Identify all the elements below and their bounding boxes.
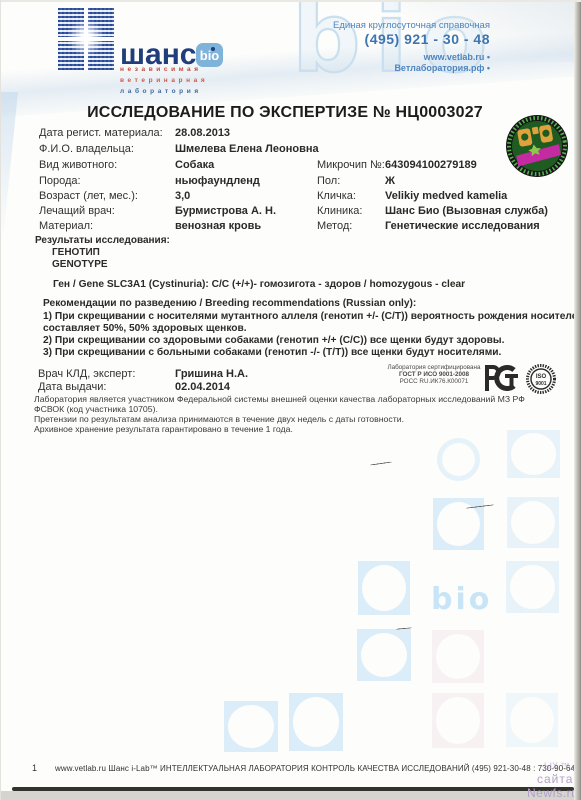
bio-stamp-watermark: bio [431,582,492,617]
field-value: ньюфаундленд [175,175,260,187]
field-value: Шмелева Елена Леоновна [175,143,319,155]
field-label: Пол: [317,175,340,187]
scanned-lab-report-page: bio шанс bio независимая ветеринарная ла… [0,0,581,800]
recommendation-line: составляет 50%, 50% здоровых щенков. [43,323,247,334]
stamp-watermark [506,561,559,613]
fine-print-line: Лаборатория является участником Федераль… [34,394,525,404]
field-value: Шанс Био (Вызовная служба) [385,205,548,217]
rst-certification-icon [483,363,519,398]
scan-left-edge [0,0,1,800]
field-label: Клиника: [317,205,362,217]
logo-mosaic-icon [58,8,114,70]
logo-bio-badge: bio [196,43,223,67]
stamp-watermark [432,630,484,683]
fine-print-line: Архивное хранение результата гарантирова… [34,424,293,434]
certification-text: Лаборатория сертифицирована ГОСТ Р ИСО 9… [385,365,483,386]
page-number: 1 [32,763,37,773]
svg-text:ISO: ISO [536,374,547,380]
website-url: www.vetlab.ru • [424,52,490,62]
hotline-phone: (495) 921 - 30 - 48 [365,31,490,47]
svg-text:9001: 9001 [535,381,546,387]
field-label: Микрочип №: [317,159,385,171]
field-value: 643094100279189 [385,159,477,171]
results-genotype-en: GENOTYPE [52,259,108,270]
iso-certification-icon: ISO 9001 [523,363,559,400]
field-label: Метод: [317,220,352,232]
field-value: венозная кровь [175,220,261,232]
gene-result-line: Ген / Gene SLC3A1 (Cystinuria): C/C (+/+… [53,279,465,290]
issue-date-label: Дата выдачи: [38,381,106,393]
footer-text: www.vetlab.ru Шанс i-Lab™ ИНТЕЛЛЕКТУАЛЬН… [55,764,575,773]
pen-scratch [370,461,392,465]
doctor-name: Гришина Н.А. [175,368,248,380]
field-value: Ж [385,175,395,187]
field-label: Материал: [39,220,93,232]
doctor-label: Врач КЛД, эксперт: [38,368,135,380]
field-label: Лечащий врач: [39,205,115,217]
field-value: Velikiy medved kamelia [385,190,507,202]
field-value: Генетические исследования [385,220,540,232]
field-value: 3,0 [175,190,190,202]
field-value: Бурмистрова А. Н. [175,205,276,217]
field-value: Собака [175,159,214,171]
recommendation-line: 2) При скрещивании со здоровыми собаками… [43,335,504,346]
fine-print-line: ФСВОК (код участника 10705). [34,404,158,414]
stamp-watermark [432,693,484,748]
stamp-watermark [507,430,560,478]
field-label: Кличка: [317,190,356,202]
stamp-watermark [289,693,343,751]
recommendations-heading: Рекомендации по разведению / Breeding re… [43,298,416,309]
field-label: Возраст (лет, мес.): [39,190,138,202]
fine-print-line: Претензии по результатам анализа принима… [34,414,404,424]
stamp-watermark [507,497,559,548]
scan-top-edge [0,0,581,2]
site-watermark-url: Newfs.ru [527,786,578,800]
field-label: Дата регист. материала: [39,127,163,139]
recommendation-line: 1) При скрещивании с носителями мутантно… [43,311,581,322]
recommendation-line: 3) При скрещивании с больными собаками (… [43,347,501,358]
scan-right-edge [574,0,581,800]
issue-date-value: 02.04.2014 [175,381,230,393]
stamp-watermark [358,561,410,615]
certification-line: РОСС RU.ИК76.К00071 [385,379,483,386]
site-watermark-fragment: ЫХ ™ [544,761,569,771]
field-label: Вид животного: [39,159,117,171]
left-swoosh [0,92,18,242]
field-label: Порода: [39,175,81,187]
results-heading: Результаты исследования: [35,235,170,246]
website-url-cyrillic: Ветлаборатория.рф • [394,63,490,73]
logo-subtitle-2: ветеринарная [120,77,208,84]
logo-subtitle-3: лаборатория [120,88,202,95]
stamp-watermark [437,438,480,481]
stamp-watermark [224,701,278,752]
stamp-watermark [506,693,558,747]
results-genotype-ru: ГЕНОТИП [52,247,100,258]
logo-subtitle-1: независимая [120,66,202,73]
scan-bottom-margin [0,791,581,800]
site-watermark-word: сайта [537,772,573,786]
hotline-label: Единая круглосуточная справочная [333,20,490,31]
field-label: Ф.И.О. владельца: [39,143,134,155]
report-title: ИССЛЕДОВАНИЕ ПО ЭКСПЕРТИЗЕ № НЦ0003027 [30,104,540,122]
field-value: 28.08.2013 [175,127,230,139]
stamp-watermark [357,629,411,681]
